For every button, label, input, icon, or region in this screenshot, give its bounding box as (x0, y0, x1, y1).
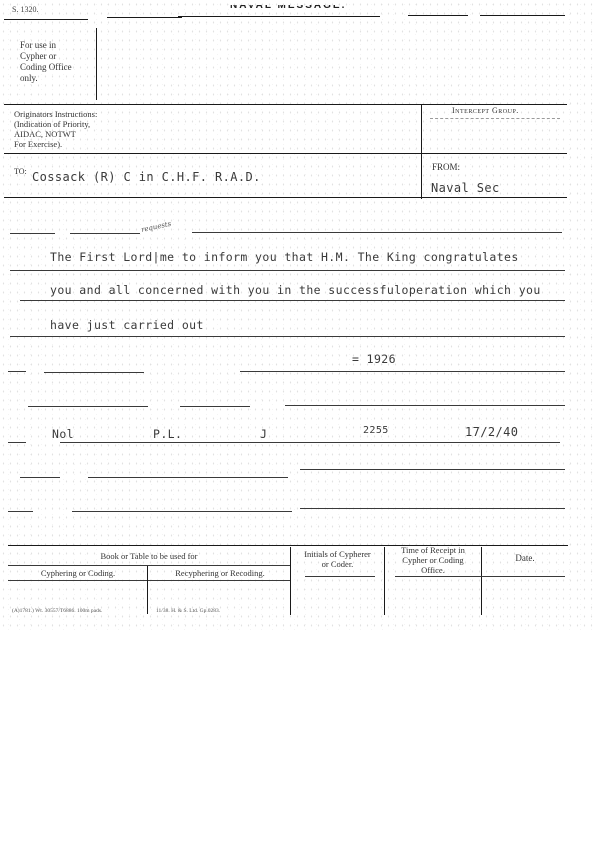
message-reference: = 1926 (352, 352, 396, 366)
col-recyphering: Recyphering or Recoding. (150, 568, 290, 579)
transmission-field: 2255 (363, 425, 389, 436)
from-sender: Naval Sec (431, 181, 500, 195)
section-rule (4, 197, 567, 198)
section-rule (4, 153, 567, 154)
writing-line (10, 270, 565, 271)
writing-line (300, 469, 565, 470)
handwritten-insert: requests (140, 220, 172, 234)
writing-line (28, 406, 148, 407)
writing-line (8, 442, 26, 443)
originator-instructions: Originators Instructions: (Indication of… (14, 109, 97, 149)
footer-col-divider (147, 566, 148, 614)
writing-line (70, 233, 140, 234)
header-rule (480, 15, 565, 16)
writing-line (44, 372, 144, 373)
col-date: Date. (482, 553, 568, 564)
footer-cell-rule (305, 576, 375, 577)
writing-line (60, 442, 560, 443)
cypher-box-divider (96, 28, 97, 100)
writing-line (240, 371, 565, 372)
col-initials: Initials of Cypherer or Coder. (291, 549, 384, 569)
transmission-field: Nol (52, 427, 74, 441)
header-rule (4, 19, 88, 20)
book-table-header: Book or Table to be used for (8, 551, 290, 562)
header-rule (178, 16, 380, 17)
writing-line (180, 406, 250, 407)
writing-line (10, 336, 565, 337)
writing-line (8, 511, 33, 512)
intercept-divider (421, 104, 422, 199)
printer-imprint-right: 11/38. H. & S. Ltd. Gp.0283. (156, 608, 220, 614)
footer-subheader-rule (8, 565, 290, 566)
intercept-group-label: Intercept Group. (452, 105, 519, 116)
form-number: S. 1320. (12, 5, 38, 14)
header-rule (107, 17, 182, 18)
col-time-receipt: Time of Receipt in Cypher or Coding Offi… (385, 545, 481, 575)
message-line-3: have just carried out (50, 318, 204, 332)
message-line-2: you and all concerned with you in the su… (50, 283, 541, 297)
writing-line (10, 233, 55, 234)
transmission-date: 17/2/40 (465, 425, 518, 439)
form-title: NAVAL MESSAGE. (230, 0, 346, 11)
footer-cell-rule (395, 576, 565, 577)
printer-imprint-left: (A)1781.) Wt. 30557/T6886. 100m pads. (12, 608, 102, 614)
header-rule (408, 15, 468, 16)
writing-line (72, 511, 292, 512)
from-label: FROM: (432, 162, 460, 173)
writing-line (88, 477, 288, 478)
writing-line (20, 477, 60, 478)
transmission-field: P.L. (153, 427, 182, 441)
col-cyphering: Cyphering or Coding. (8, 568, 148, 579)
intercept-underline (430, 118, 560, 119)
paper-texture (0, 0, 595, 630)
to-label: TO: (14, 166, 27, 177)
footer-subheader-rule (8, 580, 290, 581)
footer-top-rule (8, 545, 568, 546)
transmission-field: J (260, 427, 267, 441)
writing-line (192, 232, 562, 233)
cypher-office-note: For use in Cypher or Coding Office only. (20, 40, 72, 84)
writing-line (8, 371, 26, 372)
to-recipients: Cossack (R) C in C.H.F. R.A.D. (32, 170, 261, 184)
writing-line (300, 508, 565, 509)
writing-line (20, 300, 565, 301)
message-line-1: The First Lord|me to inform you that H.M… (50, 250, 519, 264)
writing-line (285, 405, 565, 406)
